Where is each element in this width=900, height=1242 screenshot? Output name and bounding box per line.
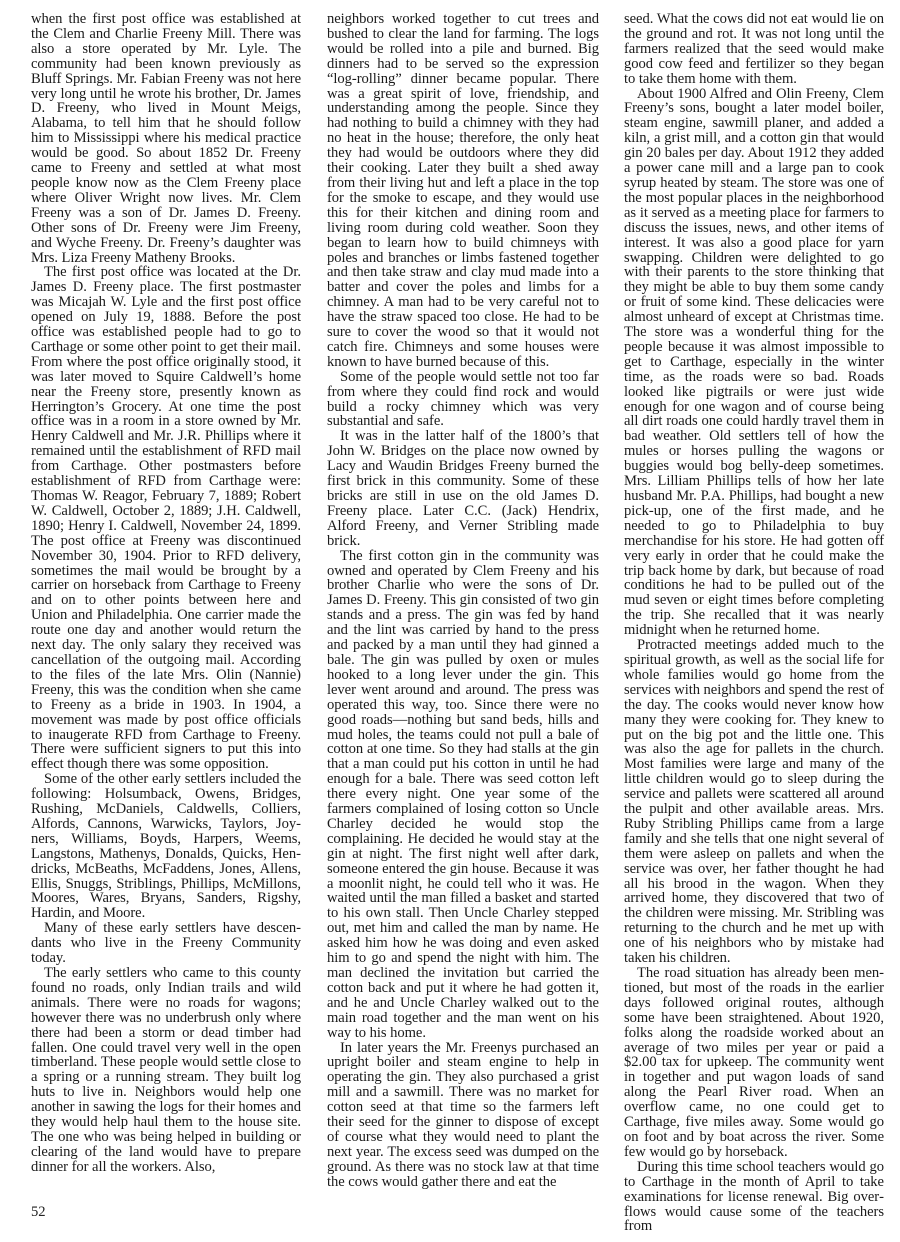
paragraph: The first cotton gin in the community wa… bbox=[327, 549, 599, 1041]
paragraph: The early settlers who came to this coun… bbox=[31, 966, 301, 1175]
paragraph: Many of these early settlers have descen… bbox=[31, 921, 301, 966]
paragraph: Some of the people would settle not too … bbox=[327, 370, 599, 430]
paragraph: The road situation has already been men­… bbox=[624, 966, 884, 1160]
paragraph: About 1900 Alfred and Olin Freeny, Clem … bbox=[624, 87, 884, 639]
paragraph: when the first post office was establish… bbox=[31, 12, 301, 265]
paragraph: The first post office was located at the… bbox=[31, 265, 301, 772]
text-column-1: when the first post office was establish… bbox=[31, 12, 301, 1175]
paragraph: Some of the other early settlers include… bbox=[31, 772, 301, 921]
text-column-3: seed. What the cows did not eat would li… bbox=[624, 12, 884, 1234]
paragraph: Protracted meetings added much to the sp… bbox=[624, 638, 884, 966]
paragraph: During this time school teachers would g… bbox=[624, 1160, 884, 1235]
book-page: when the first post office was establish… bbox=[0, 0, 900, 1242]
paragraph: neighbors worked together to cut trees a… bbox=[327, 12, 599, 370]
text-column-2: neighbors worked together to cut trees a… bbox=[327, 12, 599, 1190]
paragraph: seed. What the cows did not eat would li… bbox=[624, 12, 884, 87]
page-number: 52 bbox=[31, 1205, 46, 1220]
paragraph: In later years the Mr. Freenys purchased… bbox=[327, 1041, 599, 1190]
paragraph: It was in the latter half of the 1800’s … bbox=[327, 429, 599, 548]
